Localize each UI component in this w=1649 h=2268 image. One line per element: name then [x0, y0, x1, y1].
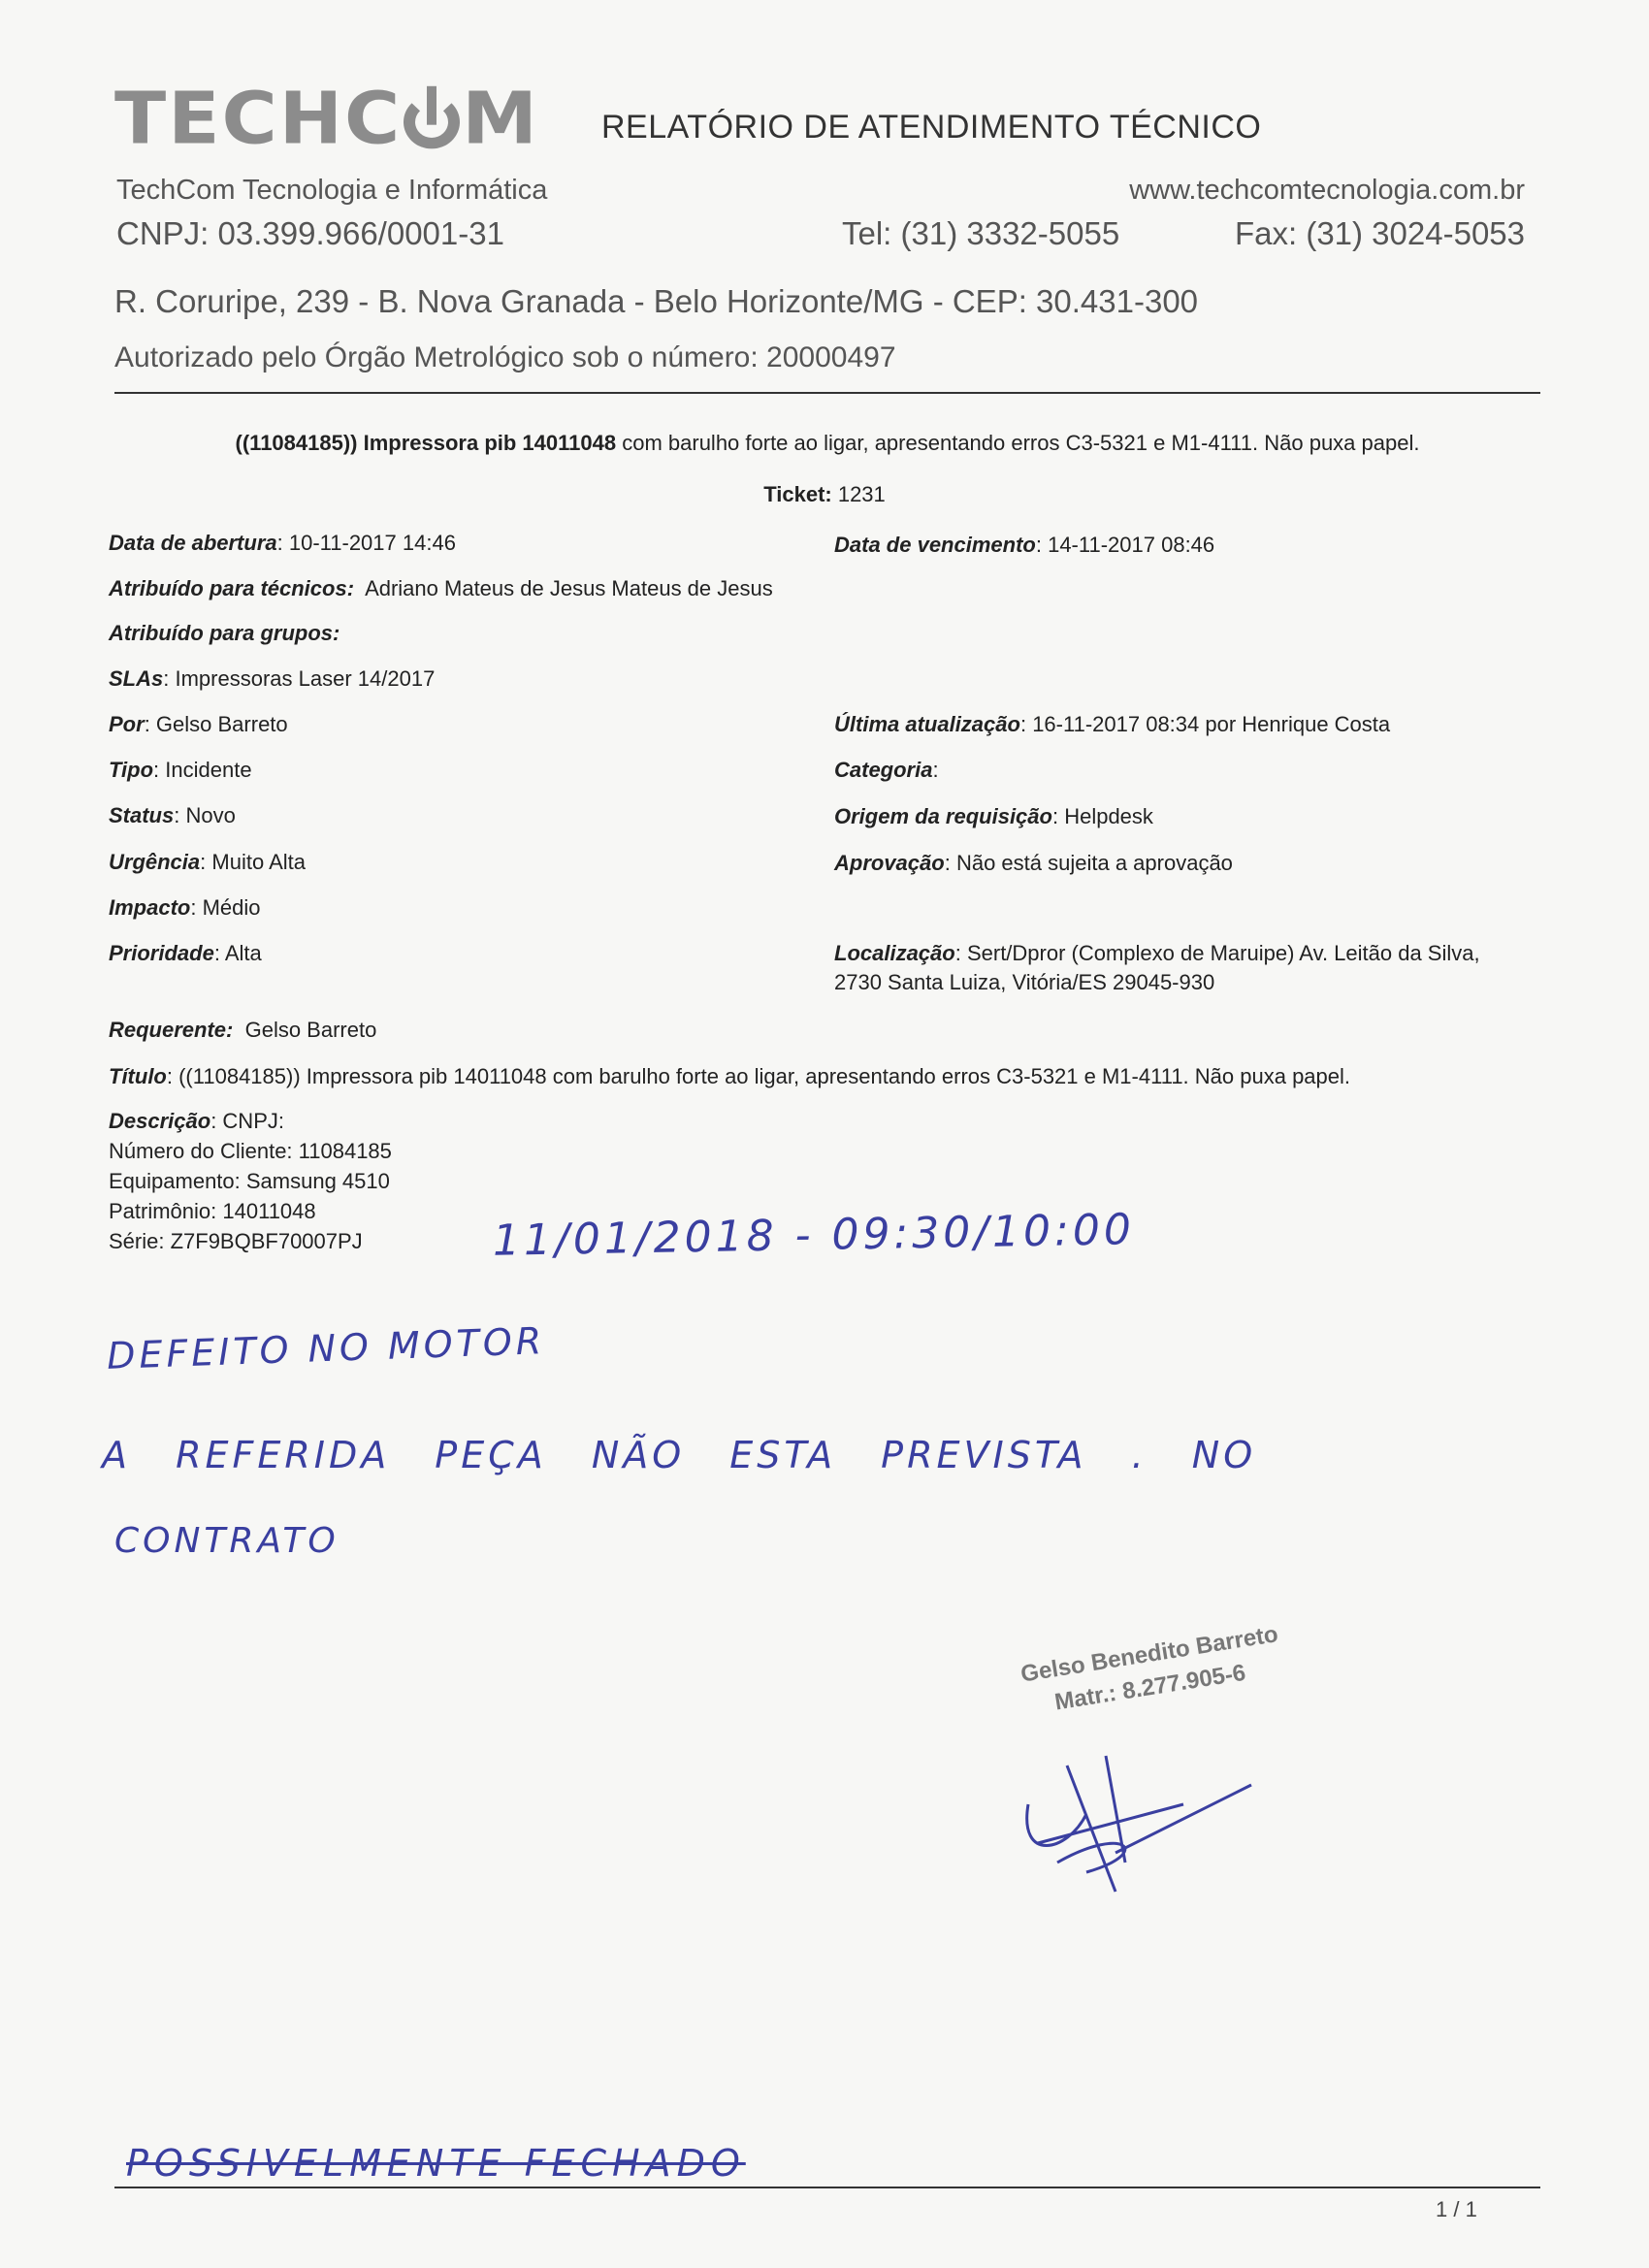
ticket-number: 1231	[832, 482, 886, 506]
field-label: Título	[109, 1064, 167, 1088]
signature-stamp: Gelso Benedito Barreto Matr.: 8.277.905-…	[1018, 1618, 1285, 1724]
fields_left-field: Urgência: Muito Alta	[109, 848, 306, 877]
field-value: Gelso Barreto	[156, 712, 288, 736]
field-label: Aprovação	[834, 851, 945, 875]
fax: Fax: (31) 3024-5053	[1235, 215, 1525, 252]
field-sep: :	[200, 850, 211, 874]
ticket-subject: ((11084185)) Impressora pib 14011048 com…	[114, 431, 1540, 456]
handwritten-datetime: 11/01/2018 - 09:30/10:00	[493, 1205, 1136, 1266]
description-line: Número do Cliente: 11084185	[109, 1136, 392, 1166]
fields_right-field: Categoria:	[834, 756, 1533, 785]
field-sep: :	[945, 851, 956, 875]
struck-handwritten-note: POSSIVELMENTE FECHADO	[126, 2142, 746, 2185]
field-value: Gelso Barreto	[245, 1018, 377, 1042]
footer-divider	[114, 2187, 1540, 2188]
subject-rest: com barulho forte ao ligar, apresentando…	[616, 431, 1419, 455]
techcom-logo: TECHCM	[114, 78, 539, 161]
fields_left-field: Título: ((11084185)) Impressora pib 1401…	[109, 1062, 1350, 1091]
field-value: Médio	[203, 895, 261, 920]
field-label: Status	[109, 803, 174, 827]
authorization-note: Autorizado pelo Órgão Metrológico sob o …	[114, 341, 896, 374]
fields_left-field: SLAs: Impressoras Laser 14/2017	[109, 664, 435, 694]
fields_left-field: Status: Novo	[109, 801, 236, 830]
fields_left-field: Atribuído para grupos:	[109, 619, 339, 648]
field-sep	[354, 576, 365, 600]
fields_left-field: Prioridade: Alta	[109, 939, 262, 968]
field-value: Impressoras Laser 14/2017	[175, 666, 435, 691]
website: www.techcomtecnologia.com.br	[1129, 175, 1525, 207]
field-sep: :	[167, 1064, 178, 1088]
field-label: SLAs	[109, 666, 163, 691]
logo-text-end: M	[462, 78, 539, 161]
fields_left-field: Atribuído para técnicos: Adriano Mateus …	[109, 574, 773, 603]
field-sep: :	[214, 941, 225, 965]
handwritten-line-3: CONTRATO	[114, 1521, 339, 1561]
field-value: ((11084185)) Impressora pib 14011048 com…	[178, 1064, 1350, 1088]
phone: Tel: (31) 3332-5055	[842, 215, 1119, 252]
signature	[1009, 1746, 1261, 1901]
field-value: 16-11-2017 08:34 por Henrique Costa	[1032, 712, 1390, 736]
ticket-label: Ticket:	[763, 482, 832, 506]
field-sep: :	[955, 941, 967, 965]
company-name: TechCom Tecnologia e Informática	[116, 175, 547, 207]
company-cnpj: CNPJ: 03.399.966/0001-31	[116, 215, 504, 252]
description-line: Patrimônio: 14011048	[109, 1196, 392, 1226]
field-sep: :	[1052, 804, 1064, 828]
report-title: RELATÓRIO DE ATENDIMENTO TÉCNICO	[601, 109, 1261, 146]
fields_right-field: Última atualização: 16-11-2017 08:34 por…	[834, 710, 1533, 739]
fields_left-field: Data de abertura: 10-11-2017 14:46	[109, 529, 456, 558]
power-icon	[404, 95, 460, 148]
field-value: 14-11-2017 08:46	[1048, 533, 1214, 557]
field-sep: :	[145, 712, 156, 736]
description-first: CNPJ:	[222, 1109, 284, 1133]
field-value: Novo	[185, 803, 235, 827]
field-value: Muito Alta	[211, 850, 306, 874]
description-label: Descrição	[109, 1109, 210, 1133]
field-label: Data de vencimento	[834, 533, 1036, 557]
logo-text: TECHC	[114, 78, 402, 161]
description-sep: :	[210, 1109, 222, 1133]
field-sep: :	[277, 531, 289, 555]
company-address: R. Coruripe, 239 - B. Nova Granada - Bel…	[114, 283, 1198, 320]
field-sep: :	[932, 758, 938, 782]
fields_left-field: Impacto: Médio	[109, 893, 261, 923]
field-label: Atribuído para grupos:	[109, 621, 339, 645]
field-label: Atribuído para técnicos:	[109, 576, 354, 600]
field-label: Tipo	[109, 758, 153, 782]
page-number: 1 / 1	[1436, 2197, 1477, 2222]
fields_right-field: Data de vencimento: 14-11-2017 08:46	[834, 531, 1533, 560]
field-sep: :	[174, 803, 185, 827]
field-label: Por	[109, 712, 145, 736]
field-value: Incidente	[165, 758, 251, 782]
ticket-id: Ticket: 1231	[0, 482, 1649, 507]
field-sep: :	[1020, 712, 1032, 736]
description-line: Equipamento: Samsung 4510	[109, 1166, 392, 1196]
fields_right-field: Localização: Sert/Dpror (Complexo de Mar…	[834, 939, 1533, 997]
field-sep	[233, 1018, 244, 1042]
field-sep: :	[1036, 533, 1048, 557]
field-label: Prioridade	[109, 941, 214, 965]
field-value: 10-11-2017 14:46	[289, 531, 456, 555]
handwritten-line-1: DEFEITO NO MOTOR	[106, 1319, 545, 1377]
field-label: Data de abertura	[109, 531, 277, 555]
field-label: Origem da requisição	[834, 804, 1052, 828]
field-label: Localização	[834, 941, 955, 965]
handwritten-line-2: A REFERIDA PEÇA NÃO ESTA PREVISTA . NO	[102, 1434, 1256, 1476]
field-label: Categoria	[834, 758, 932, 782]
field-value: Adriano Mateus de Jesus Mateus de Jesus	[365, 576, 773, 600]
field-value: Alta	[225, 941, 262, 965]
fields_right-field: Origem da requisição: Helpdesk	[834, 802, 1533, 831]
field-label: Impacto	[109, 895, 190, 920]
fields_right-field: Aprovação: Não está sujeita a aprovação	[834, 849, 1533, 878]
description-line: Série: Z7F9BQBF70007PJ	[109, 1226, 392, 1256]
subject-bold: ((11084185)) Impressora pib 14011048	[236, 431, 617, 455]
field-label: Última atualização	[834, 712, 1020, 736]
fields_left-field: Tipo: Incidente	[109, 756, 252, 785]
field-value: Não está sujeita a aprovação	[956, 851, 1233, 875]
field-sep: :	[163, 666, 175, 691]
field-label: Urgência	[109, 850, 200, 874]
field-label: Requerente:	[109, 1018, 233, 1042]
field-sep: :	[153, 758, 165, 782]
header-divider	[114, 392, 1540, 394]
field-value: Helpdesk	[1064, 804, 1153, 828]
fields_left-field: Requerente: Gelso Barreto	[109, 1016, 376, 1045]
field-sep: :	[190, 895, 202, 920]
description: Descrição: CNPJ: Número do Cliente: 1108…	[109, 1106, 392, 1256]
fields_left-field: Por: Gelso Barreto	[109, 710, 288, 739]
